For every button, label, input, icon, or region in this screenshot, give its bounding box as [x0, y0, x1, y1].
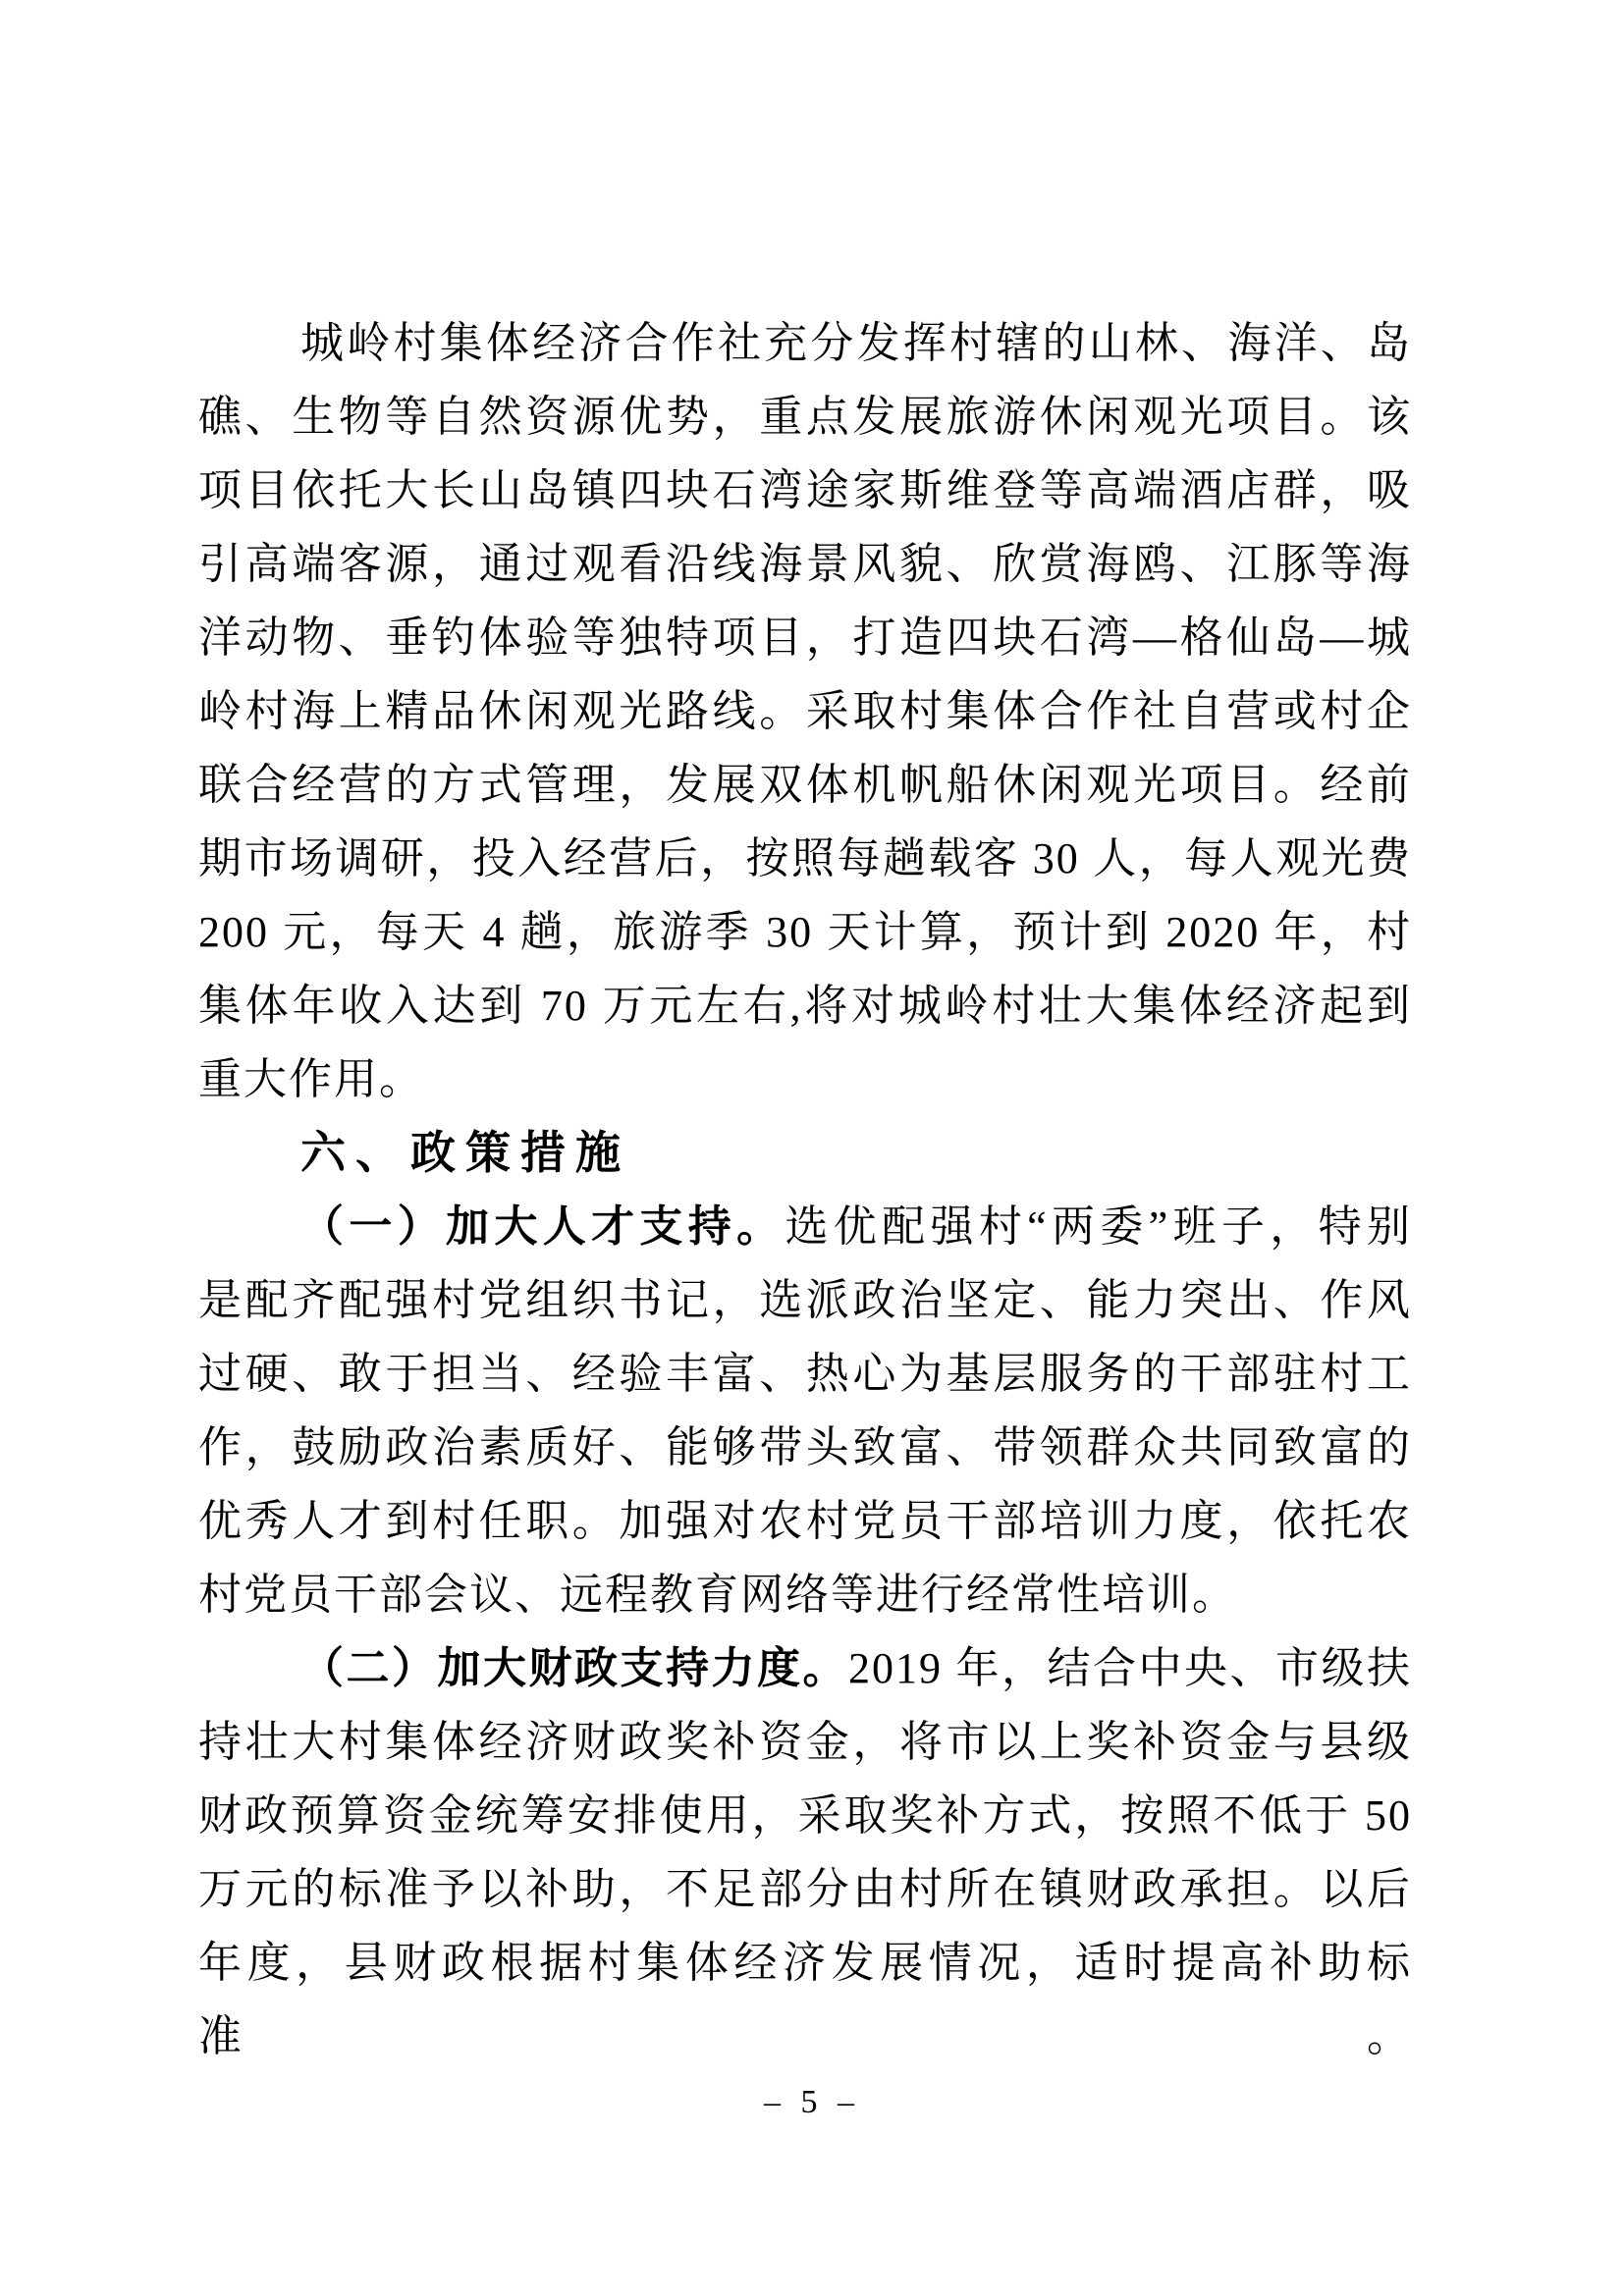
- text-line: 持壮大村集体经济财政奖补资金，将市以上奖补资金与县级: [198, 1705, 1412, 1779]
- body-text: 作，鼓励政治素质好、能够带头致富、带领群众共同致富的: [198, 1423, 1412, 1471]
- text-line: 是配齐配强村党组织书记，选派政治坚定、能力突出、作风: [198, 1263, 1412, 1337]
- page-number-label: – 5 –: [764, 2084, 860, 2120]
- body-text: 选优配强村“两委”班子，特别: [785, 1202, 1412, 1251]
- body-text: 是配齐配强村党组织书记，选派政治坚定、能力突出、作风: [198, 1276, 1412, 1324]
- heading-text: 六、政策措施: [300, 1127, 630, 1178]
- body-text: 财政预算资金统筹安排使用，采取奖补方式，按照不低于 50: [198, 1791, 1412, 1840]
- text-line: 财政预算资金统筹安排使用，采取奖补方式，按照不低于 50: [198, 1779, 1412, 1852]
- text-line: 联合经营的方式管理，发展双体机帆船休闲观光项目。经前: [198, 748, 1412, 822]
- text-line: 引高端客源，通过观看沿线海景风貌、欣赏海鸥、江豚等海: [198, 527, 1412, 601]
- body-text: 岭村海上精品休闲观光路线。采取村集体合作社自营或村企: [198, 687, 1412, 735]
- text-line: 重大作用。: [198, 1042, 1412, 1116]
- body-text: 洋动物、垂钓体验等独特项目，打造四块石湾—格仙岛—城: [198, 614, 1412, 662]
- body-text: 持壮大村集体经济财政奖补资金，将市以上奖补资金与县级: [198, 1718, 1412, 1766]
- text-line: 期市场调研，投入经营后，按照每趟载客 30 人，每人观光费: [198, 822, 1412, 895]
- body-text: 村党员干部会议、远程教育网络等进行经常性培训。: [198, 1571, 1237, 1619]
- body-text: 过硬、敢于担当、经验丰富、热心为基层服务的干部驻村工: [198, 1350, 1412, 1398]
- body-text: 2019 年，结合中央、市级扶: [848, 1644, 1412, 1692]
- body-text: 项目依托大长山岛镇四块石湾途家斯维登等高端酒店群，吸: [198, 466, 1412, 514]
- body-text: 集体年收入达到 70 万元左右,将对城岭村壮大集体经济起到: [198, 982, 1412, 1030]
- text-line: 年度，县财政根据村集体经济发展情况，适时提高补助标准。: [198, 1926, 1412, 2000]
- paragraph-fiscal-support: （二）加大财政支持力度。2019 年，结合中央、市级扶持壮大村集体经济财政奖补资…: [198, 1631, 1412, 2000]
- lead-emphasis-text: （一）加大人才支持。: [300, 1202, 785, 1251]
- paragraph-tourism-project: 城岭村集体经济合作社充分发挥村辖的山林、海洋、岛礁、生物等自然资源优势，重点发展…: [198, 306, 1412, 1116]
- text-line: 城岭村集体经济合作社充分发挥村辖的山林、海洋、岛: [198, 306, 1412, 380]
- document-page: 城岭村集体经济合作社充分发挥村辖的山林、海洋、岛礁、生物等自然资源优势，重点发展…: [0, 0, 1624, 2296]
- body-text: 万元的标准予以补助，不足部分由村所在镇财政承担。以后: [198, 1865, 1412, 1913]
- lead-emphasis-text: （二）加大财政支持力度。: [300, 1644, 848, 1692]
- text-line: 200 元，每天 4 趟，旅游季 30 天计算，预计到 2020 年，村: [198, 895, 1412, 969]
- body-text: 期市场调研，投入经营后，按照每趟载客 30 人，每人观光费: [198, 834, 1412, 882]
- text-line: 集体年收入达到 70 万元左右,将对城岭村壮大集体经济起到: [198, 969, 1412, 1042]
- text-line: 洋动物、垂钓体验等独特项目，打造四块石湾—格仙岛—城: [198, 601, 1412, 674]
- text-line: 岭村海上精品休闲观光路线。采取村集体合作社自营或村企: [198, 674, 1412, 748]
- body-text: 礁、生物等自然资源优势，重点发展旅游休闲观光项目。该: [198, 393, 1412, 441]
- body-text: 城岭村集体经济合作社充分发挥村辖的山林、海洋、岛: [300, 319, 1412, 367]
- text-line: 礁、生物等自然资源优势，重点发展旅游休闲观光项目。该: [198, 380, 1412, 454]
- page-number: – 5 –: [0, 2073, 1624, 2132]
- text-line: （一）加大人才支持。选优配强村“两委”班子，特别: [198, 1190, 1412, 1263]
- body-text: 引高端客源，通过观看沿线海景风貌、欣赏海鸥、江豚等海: [198, 540, 1412, 588]
- text-line: 优秀人才到村任职。加强对农村党员干部培训力度，依托农: [198, 1484, 1412, 1558]
- document-body: 城岭村集体经济合作社充分发挥村辖的山林、海洋、岛礁、生物等自然资源优势，重点发展…: [198, 306, 1412, 2000]
- paragraph-section-heading: 六、政策措施: [198, 1116, 1412, 1190]
- body-text: 联合经营的方式管理，发展双体机帆船休闲观光项目。经前: [198, 761, 1412, 809]
- body-text: 优秀人才到村任职。加强对农村党员干部培训力度，依托农: [198, 1497, 1412, 1545]
- text-line: （二）加大财政支持力度。2019 年，结合中央、市级扶: [198, 1631, 1412, 1705]
- text-line: 万元的标准予以补助，不足部分由村所在镇财政承担。以后: [198, 1852, 1412, 1926]
- body-text: 200 元，每天 4 趟，旅游季 30 天计算，预计到 2020 年，村: [198, 908, 1412, 956]
- text-line: 六、政策措施: [198, 1116, 1412, 1190]
- text-line: 项目依托大长山岛镇四块石湾途家斯维登等高端酒店群，吸: [198, 454, 1412, 527]
- text-line: 作，鼓励政治素质好、能够带头致富、带领群众共同致富的: [198, 1411, 1412, 1484]
- text-line: 过硬、敢于担当、经验丰富、热心为基层服务的干部驻村工: [198, 1337, 1412, 1411]
- body-text: 重大作用。: [198, 1055, 424, 1103]
- paragraph-talent-support: （一）加大人才支持。选优配强村“两委”班子，特别是配齐配强村党组织书记，选派政治…: [198, 1190, 1412, 1631]
- body-text: 年度，县财政根据村集体经济发展情况，适时提高补助标准。: [198, 1939, 1412, 2060]
- text-line: 村党员干部会议、远程教育网络等进行经常性培训。: [198, 1558, 1412, 1631]
